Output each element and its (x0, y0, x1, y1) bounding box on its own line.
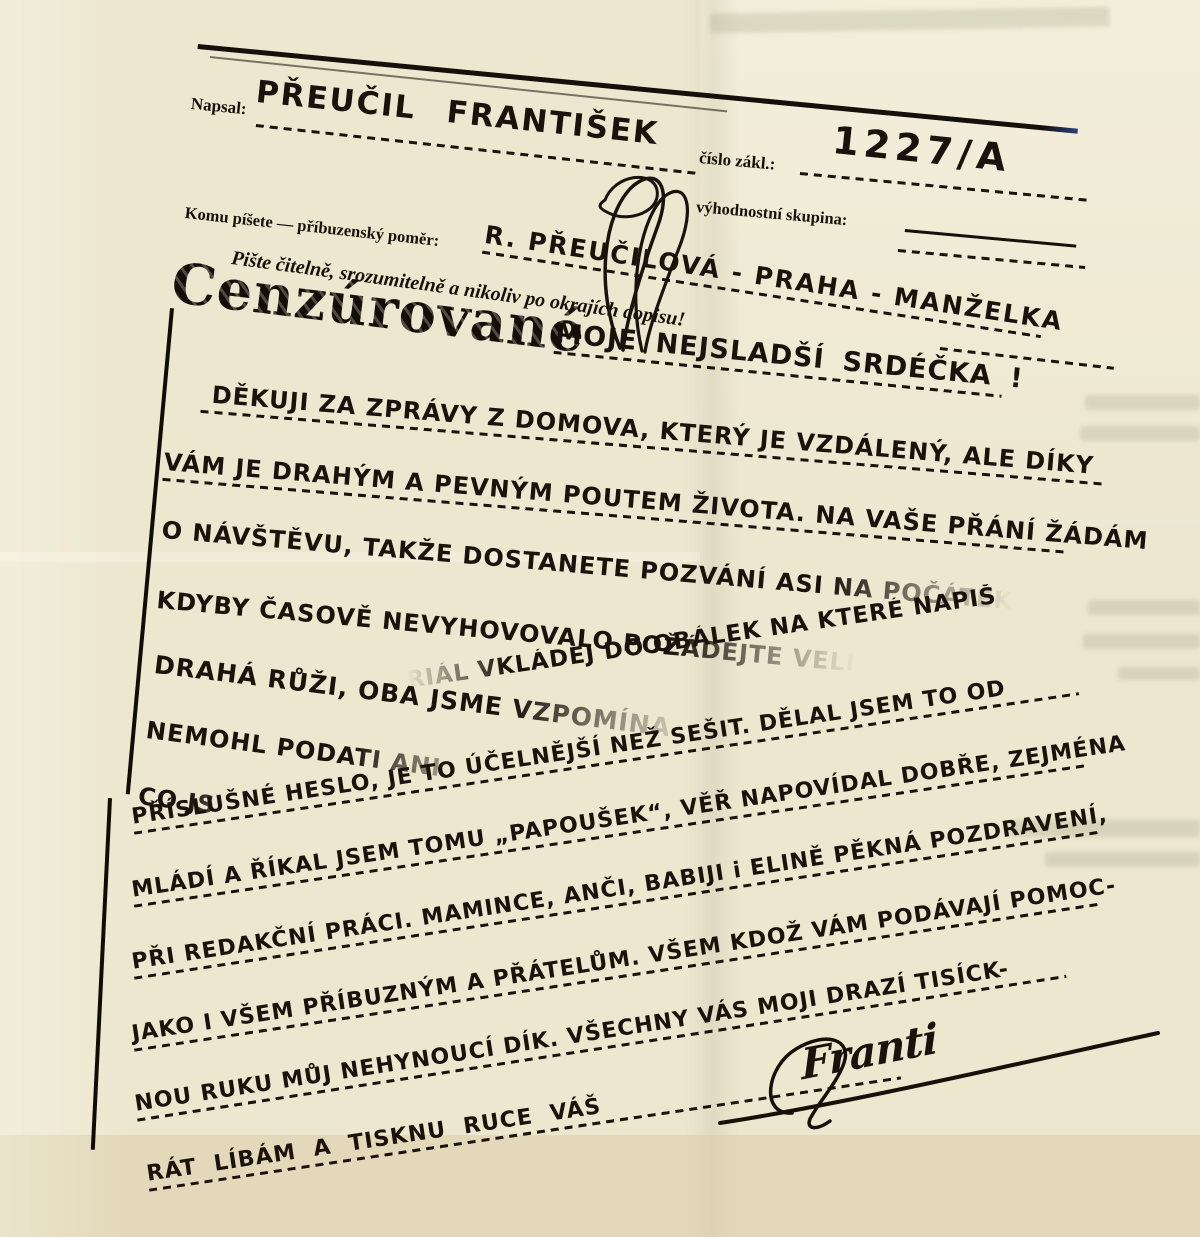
ghost-text (1045, 852, 1200, 867)
vyhodnostni-solid-rule (905, 229, 1077, 247)
ghost-text (1083, 634, 1200, 649)
form-label-napsal: Napsal: (190, 94, 247, 119)
pen-scribble (545, 168, 755, 353)
scanned-letter-document: RIÁL VKLÁDEJ DO OBÁLEK NA KTERÉ NAPIŠ PŘ… (0, 0, 1200, 1237)
vyhodnostni-dotted-rule (898, 249, 1085, 269)
ghost-text (710, 7, 1110, 34)
form-label-komu: Komu píšete — příbuzenský poměr: (184, 203, 440, 251)
cislo-zakl-rule (800, 172, 1087, 202)
page2-left-edge (91, 798, 112, 1150)
ghost-text (1088, 600, 1200, 615)
ghost-text (1085, 395, 1200, 410)
ghost-text (1118, 667, 1200, 680)
ghost-text (1080, 426, 1200, 441)
form-value-cislo-zakl: 1227/A (830, 118, 1013, 180)
signature-flourish (700, 1005, 1170, 1145)
paper-tone-left (0, 0, 130, 1237)
